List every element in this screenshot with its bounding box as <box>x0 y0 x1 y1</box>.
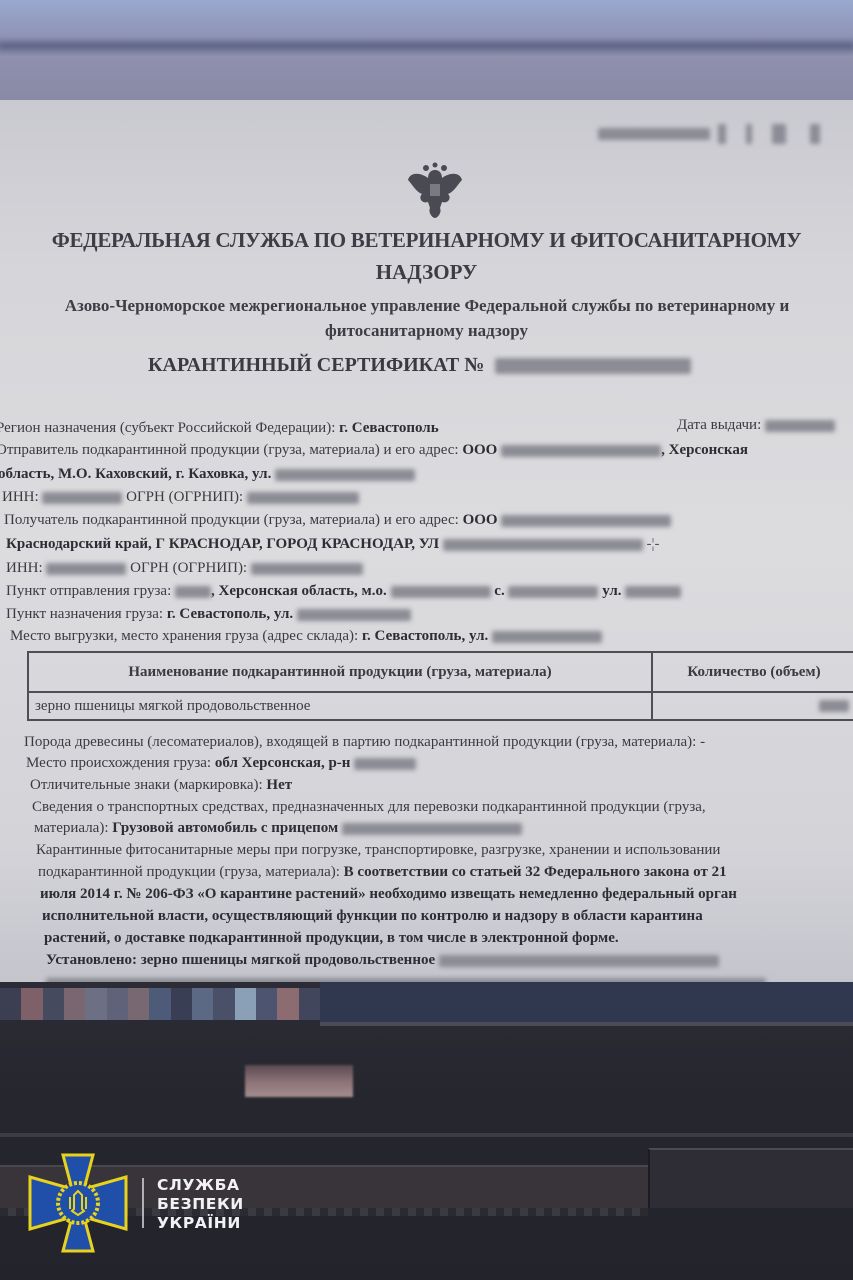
origin-row: Место происхождения груза: обл Херсонска… <box>26 755 416 772</box>
redacted-recipient <box>501 515 671 527</box>
destination-region-row: Регион назначения (субъект Российской Фе… <box>0 420 439 437</box>
redacted-date <box>765 420 835 432</box>
unloading-row: Место выгрузки, место хранения груза (ад… <box>10 628 602 645</box>
measures-row: Карантинные фитосанитарные меры при погр… <box>36 842 720 859</box>
sender-address-row: область, М.О. Каховский, г. Каховка, ул. <box>0 466 415 483</box>
measures-row-5: растений, о доставке подкарантинной прод… <box>44 930 619 947</box>
sbu-wordmark: СЛУЖБА БЕЗПЕКИ УКРАЇНИ <box>157 1176 244 1233</box>
cursor-crosshair-icon: -¦- <box>647 536 660 552</box>
measures-row-4: исполнительной власти, осуществляющий фу… <box>42 908 703 925</box>
marks-row: Отличительные знаки (маркировка): Нет <box>30 777 292 794</box>
table-row: зерно пшеницы мягкой продовольственное <box>28 692 853 720</box>
product-table: Наименование подкарантинной продукции (г… <box>27 651 853 721</box>
redacted-header-number <box>598 124 820 144</box>
department-name: Азово-Черноморское межрегиональное управ… <box>0 296 853 316</box>
redacted-line <box>46 974 766 982</box>
agency-title: ФЕДЕРАЛЬНАЯ СЛУЖБА ПО ВЕТЕРИНАРНОМУ И ФИ… <box>0 228 853 253</box>
table-header: Наименование подкарантинной продукции (г… <box>28 652 853 692</box>
recipient-address-row: Краснодарский край, Г КРАСНОДАР, ГОРОД К… <box>6 536 660 553</box>
monitor-top-bezel <box>0 0 853 102</box>
transport-row-2: материала): Грузовой автомобиль с прицеп… <box>34 820 522 837</box>
recipient-ids-row: ИНН: ОГРН (ОГРНИП): <box>6 560 363 577</box>
document-screen: ФЕДЕРАЛЬНАЯ СЛУЖБА ПО ВЕТЕРИНАРНОМУ И ФИ… <box>0 100 853 982</box>
russian-eagle-emblem-icon <box>404 162 466 220</box>
destination-point-row: Пункт назначения груза: г. Севастополь, … <box>6 606 411 623</box>
screen-bottom-strip <box>320 982 853 1022</box>
measures-row-2: подкарантинной продукции (груза, материа… <box>38 864 727 881</box>
sender-row: Отправитель подкарантинной продукции (гр… <box>0 442 748 459</box>
certificate-title: КАРАНТИННЫЙ СЕРТИФИКАТ № <box>148 354 691 377</box>
department-name-line2: фитосанитарному надзору <box>0 321 853 341</box>
redacted-sender <box>501 445 661 457</box>
redacted-taskbar <box>0 988 320 1020</box>
departure-row: Пункт отправления груза: , Херсонская об… <box>6 583 681 600</box>
screen-edge <box>320 1022 853 1026</box>
transport-row: Сведения о транспортных средствах, предн… <box>32 799 706 816</box>
sbu-cross-emblem-icon <box>28 1153 128 1253</box>
measures-row-3: июля 2014 г. № 206-ФЗ «О карантине расте… <box>40 886 737 903</box>
issue-date-row: Дата выдачи: <box>677 417 835 434</box>
recipient-row: Получатель подкарантинной продукции (гру… <box>4 512 671 529</box>
wood-row: Порода древесины (лесоматериалов), входя… <box>24 734 705 751</box>
agency-title-line2: НАДЗОРУ <box>0 260 853 285</box>
laptop-rail <box>0 1133 853 1137</box>
logo-divider <box>142 1178 144 1228</box>
redacted-quantity <box>819 700 849 712</box>
monitor-edge <box>0 42 853 50</box>
established-row: Установлено: зерно пшеницы мягкой продов… <box>46 952 719 969</box>
redacted-logo <box>245 1065 353 1097</box>
sender-ids-row: ИНН: ОГРН (ОГРНИП): <box>2 489 359 506</box>
redacted-certificate-number <box>495 358 691 374</box>
laptop-hinge-right <box>648 1148 853 1208</box>
